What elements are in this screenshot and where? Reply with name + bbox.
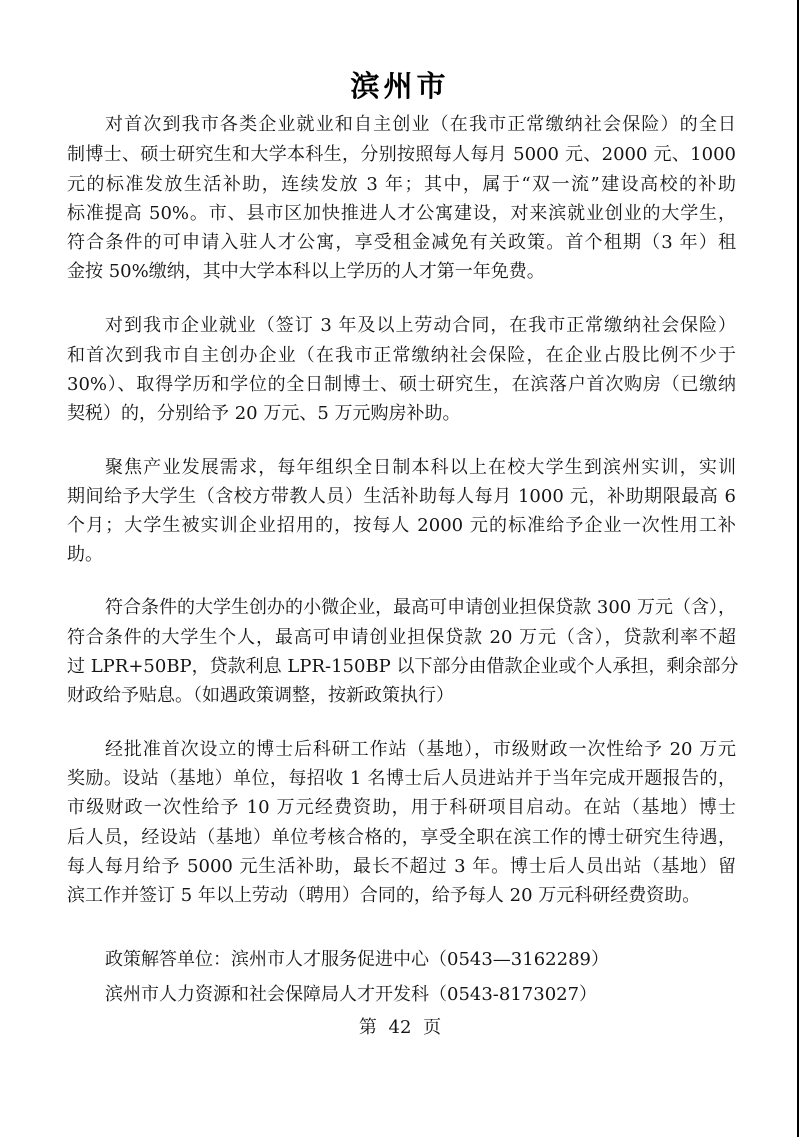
text-line: 滨工作并签订 5 年以上劳动（聘用）合同的，给予每人 20 万元科研经费资助。 bbox=[67, 881, 736, 910]
text-line: 制博士、硕士研究生和大学本科生，分别按照每人每月 5000 元、2000 元、1… bbox=[67, 140, 736, 169]
text-line: 期间给予大学生（含校方带教人员）生活补助每人每月 1000 元，补助期限最高 6 bbox=[67, 482, 736, 511]
page-edge-border bbox=[797, 0, 799, 1137]
text-line: 财政给予贴息。（如遇政策调整，按新政策执行） bbox=[67, 681, 736, 710]
text-line: 契税）的，分别给予 20 万元、5 万元购房补助。 bbox=[67, 399, 736, 428]
text-line: 奖励。设站（基地）单位，每招收 1 名博士后人员进站并于当年完成开题报告的， bbox=[67, 764, 736, 793]
text-line: 后人员，经设站（基地）单位考核合格的，享受全职在滨工作的博士研究生待遇， bbox=[67, 823, 736, 852]
text-line: 金按 50%缴纳，其中大学本科以上学历的人才第一年免费。 bbox=[67, 257, 736, 286]
document-title: 滨州市 bbox=[0, 68, 800, 104]
contact-hr-social-security-bureau: 滨州市人力资源和社会保障局人才开发科（0543-8173027） bbox=[105, 980, 597, 1009]
text-line: 对到我市企业就业（签订 3 年及以上劳动合同，在我市正常缴纳社会保险） bbox=[105, 311, 736, 340]
text-line: 经批准首次设立的博士后科研工作站（基地），市级财政一次性给予 20 万元 bbox=[105, 735, 736, 764]
text-line: 元的标准发放生活补助，连续发放 3 年；其中，属于“双一流”建设高校的补助 bbox=[67, 170, 736, 199]
text-line: 市级财政一次性给予 10 万元经费资助，用于科研项目启动。在站（基地）博士 bbox=[67, 793, 736, 822]
text-line: 标准提高 50%。市、县市区加快推进人才公寓建设，对来滨就业创业的大学生， bbox=[67, 199, 736, 228]
text-line: 和首次到我市自主创办企业（在我市正常缴纳社会保险，在企业占股比例不少于 bbox=[67, 341, 736, 370]
contact-talent-service-center: 政策解答单位：滨州市人才服务促进中心（0543—3162289） bbox=[105, 945, 609, 974]
text-line: 过 LPR+50BP，贷款利息 LPR-150BP 以下部分由借款企业或个人承担… bbox=[67, 652, 736, 681]
page-number: 第 42 页 bbox=[0, 1015, 800, 1041]
text-line: 30%）、取得学历和学位的全日制博士、硕士研究生，在滨落户首次购房（已缴纳 bbox=[67, 370, 736, 399]
text-line: 个月；大学生被实训企业招用的，按每人 2000 元的标准给予企业一次性用工补 bbox=[67, 511, 736, 540]
text-line: 符合条件的大学生个人，最高可申请创业担保贷款 20 万元（含），贷款利率不超 bbox=[67, 623, 736, 652]
text-line: 对首次到我市各类企业就业和自主创业（在我市正常缴纳社会保险）的全日 bbox=[105, 110, 736, 139]
text-line: 聚焦产业发展需求，每年组织全日制本科以上在校大学生到滨州实训，实训 bbox=[105, 453, 736, 482]
text-line: 助。 bbox=[67, 540, 736, 569]
text-line: 符合条件的大学生创办的小微企业，最高可申请创业担保贷款 300 万元（含）， bbox=[105, 593, 736, 622]
text-line: 符合条件的可申请入驻人才公寓，享受租金减免有关政策。首个租期（3 年）租 bbox=[67, 228, 736, 257]
text-line: 每人每月给予 5000 元生活补助，最长不超过 3 年。博士后人员出站（基地）留 bbox=[67, 852, 736, 881]
